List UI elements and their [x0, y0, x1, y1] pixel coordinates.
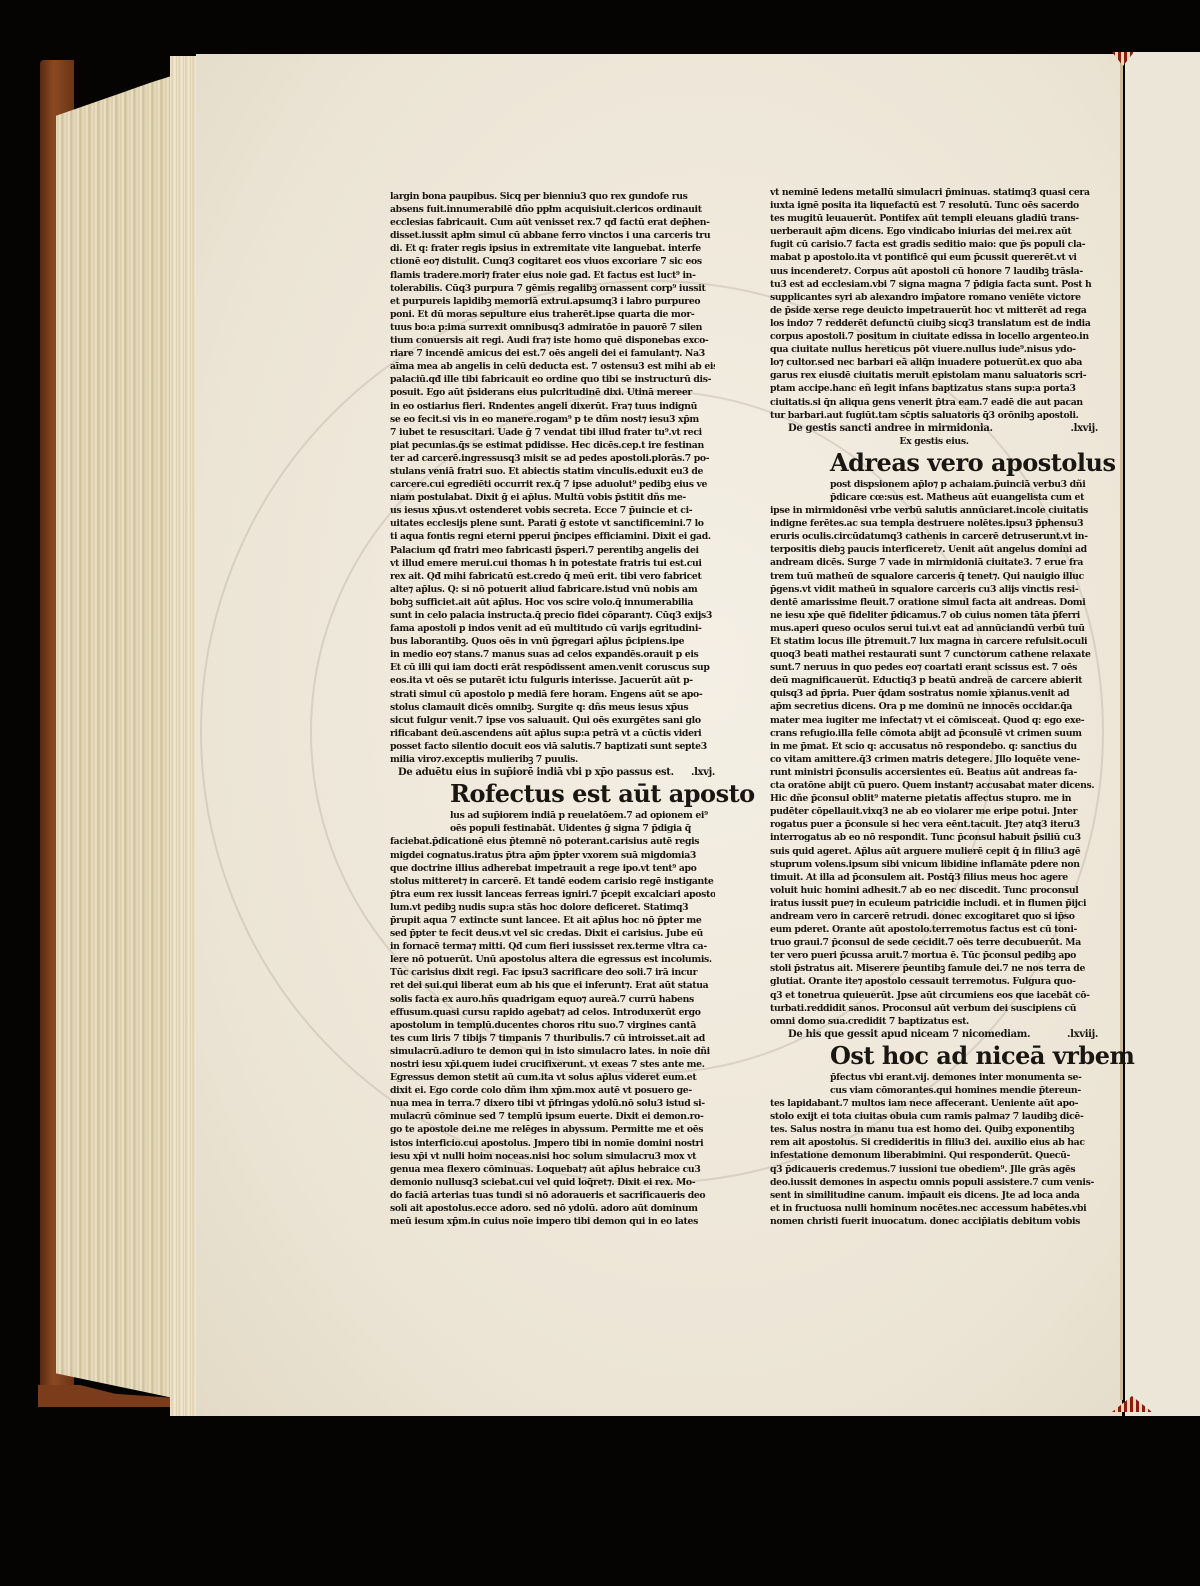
text-line: co vitam amittere.q̄3 crimen matris dete… — [770, 753, 1098, 766]
text-line: cus viam cōmorantes.qui homines mendie p… — [770, 1084, 1098, 1097]
text-block: post dispsionem ap̄lo⁊ p achaiam.p̄uinci… — [770, 478, 1098, 1028]
right-page-edge — [1125, 52, 1200, 1416]
gutter — [1120, 60, 1123, 1400]
text-line: de p̄side xerse rege deuicto impetrauerū… — [770, 304, 1098, 317]
text-line: stuprum volens.ipsum sibi vnicum libidin… — [770, 858, 1098, 871]
text-line: deū magnificauerūt. Eductiq3 p beatū and… — [770, 674, 1098, 687]
text-line: et purpureis lapidibꝫ memoriā extrui.aps… — [390, 295, 715, 308]
text-line: di. Et q: frater regis ipsius in extremi… — [390, 242, 715, 255]
text-line: strati simul cū apostolo p mediā fere ho… — [390, 688, 715, 701]
text-line: in fornacē terma⁊ mitti. Qđ cum fieri iu… — [390, 940, 715, 953]
text-line: p̄gens.vt vidit matheū in squalore carce… — [770, 583, 1098, 596]
text-line: tuus bo:a p:ima surrexit omnibusq3 admir… — [390, 321, 715, 334]
text-line: dixit ei. Ego corde colo dñm ihm xp̄m.mo… — [390, 1084, 715, 1097]
text-line: trem tuū matheū de squalore carceris q̄ … — [770, 570, 1098, 583]
text-line: simulacrū.adiuro te demon qui in isto si… — [390, 1045, 715, 1058]
text-line: demonio nullusq3 sciebat.cui vel quid lo… — [390, 1176, 715, 1189]
text-line: uitates ecclesijs plene sunt. Parati ḡ e… — [390, 517, 715, 530]
text-line: glutiat. Orante ite⁊ apostolo cessauit t… — [770, 975, 1098, 988]
text-line: poni. Et dū moras sepulture eius traherē… — [390, 308, 715, 321]
text-line: Et statim locus ille p̄tremuit.7 lux mag… — [770, 635, 1098, 648]
text-line: interrogatus ab eo nō respondit. Tunc p̄… — [770, 831, 1098, 844]
text-line: q3 p̄dicaueris credemus.7 iussioni tue o… — [770, 1163, 1098, 1176]
text-line: posset facto silentio docuit eos viā sal… — [390, 740, 715, 753]
text-line: mus.aperi queso oculos serui tui.vt eat … — [770, 622, 1098, 635]
text-line: genua mea flexero cōminuas. Loquebat⁊ aū… — [390, 1163, 715, 1176]
text-line: p̄dicare cœ:sus est. Matheus aūt euangel… — [770, 491, 1098, 504]
text-line: ecclesias fabricauit. Cum aūt venisset r… — [390, 216, 715, 229]
text-line: runt ministri p̄consulis accersientes eū… — [770, 766, 1098, 779]
text-line: fama apostoli p indos venit ad eū multit… — [390, 622, 715, 635]
chapter-rubric: De aduētu eius in sup̄iorē indiā vbi p x… — [390, 766, 715, 779]
text-line: Et cū illi qui iam docti erāt respōdisse… — [390, 661, 715, 674]
text-line: ptam accipe.hanc eñ legit infans baptiza… — [770, 382, 1098, 395]
text-line: et in fructuosa nulli hominum nocētes.ne… — [770, 1202, 1098, 1215]
text-line: indigne ferētes.ac sua templa destruere … — [770, 517, 1098, 530]
sub-rubric: Ex gestis eius. — [770, 435, 1098, 448]
text-line: tes. Salus nostra in manu tua est homo d… — [770, 1123, 1098, 1136]
text-line: timuit. At illa ad p̄consulem ait. Postq… — [770, 871, 1098, 884]
text-line: stolus clamauit dicēs omnibꝫ. Surgite q:… — [390, 701, 715, 714]
text-line: garus rex eiusdē ciuitatis meruit episto… — [770, 369, 1098, 382]
text-line: nomen christi fuerit inuocatum. donec ac… — [770, 1215, 1098, 1228]
text-line: effusum.quasi cursu rapido agebat⁊ ad ce… — [390, 1006, 715, 1019]
text-line: turbati.reddidit sanos. Proconsul aūt ve… — [770, 1002, 1098, 1015]
text-line: riare 7 incendē amicus dei est.7 oēs ang… — [390, 347, 715, 360]
rubric-title: De gestis sancti andree in mirmidonia. — [770, 422, 993, 435]
text-line: pudēter cōpellauit.vixq3 ne ab eo violar… — [770, 805, 1098, 818]
text-line: lo⁊ cultor.sed nec barbari eā aliq̄n inu… — [770, 356, 1098, 369]
text-line: mulacrū cōminue sed 7 templū ipsum euert… — [390, 1110, 715, 1123]
text-line: oēs populi festinabāt. Uidentes ḡ signa … — [390, 822, 715, 835]
text-line: post dispsionem ap̄lo⁊ p achaiam.p̄uinci… — [770, 478, 1098, 491]
rubric-title: De aduētu eius in sup̄iorē indiā vbi p x… — [390, 766, 674, 779]
text-line: solis facta ex auro.hñs quadrigam equo⁊ … — [390, 993, 715, 1006]
text-line: dentē amarissime fleuit.7 oratione simul… — [770, 596, 1098, 609]
text-line: mabat p apostolo.ita vt pontificē qui eu… — [770, 251, 1098, 264]
text-line: infestatione demonum liberabimini. Qui r… — [770, 1149, 1098, 1162]
text-line: piat pecunias.q̄s se estimat pdidisse. H… — [390, 439, 715, 452]
text-line: sicut fulgur venit.7 ipse vos saluauit. … — [390, 714, 715, 727]
text-line: stoli p̄stratus ait. Miserere p̄euntibꝫ … — [770, 962, 1098, 975]
text-block: vt neminē ledens metallū simulacri p̄min… — [770, 186, 1098, 422]
text-line: palaciū.qđ ille tibi fabricauit eo ordin… — [390, 373, 715, 386]
text-line: sed p̄pter te fecit deus.vt vel sic cred… — [390, 927, 715, 940]
text-line: migdei cognatus.iratus p̄tra ap̄m p̄pter… — [390, 849, 715, 862]
text-line: crans refugio.illa felle cōmota abijt ad… — [770, 727, 1098, 740]
text-line: soli ait apostolus.ecce adoro. sed nō yd… — [390, 1202, 715, 1215]
text-line: do faciā arterias tuas tundi si nō adora… — [390, 1189, 715, 1202]
text-line: ti aqua fontis regni eterni pperui p̄nci… — [390, 530, 715, 543]
text-line: sent in similitudine canum. imp̄auit eis… — [770, 1189, 1098, 1202]
text-line: lus ad sup̄iorem indiā p reuelatōem.7 ad… — [390, 809, 715, 822]
text-line: tium conuersis ait regi. Audi fra⁊ iste … — [390, 334, 715, 347]
text-line: lere nō potuerūt. Unū apostolus altera d… — [390, 953, 715, 966]
text-line: stolo exijt ei tota ciuitas obuia cum ra… — [770, 1110, 1098, 1123]
text-line: tolerabilis. Cūq3 purpura 7 gēmis regali… — [390, 282, 715, 295]
chapter-heading: Rofectus est aūt aposto — [390, 779, 715, 809]
text-line: iratus iussit pue⁊ in eculeum patricidie… — [770, 897, 1098, 910]
text-line: us iesus xp̄us.vt ostenderet vobis secre… — [390, 504, 715, 517]
text-line: p̄fectus vbi erant.vij. demones inter mo… — [770, 1071, 1098, 1084]
text-line: ne iesu xp̄e quē fideliter p̄dicamus.7 o… — [770, 609, 1098, 622]
text-line: tes mugitū leuauerūt. Pontifex aūt templ… — [770, 212, 1098, 225]
text-line: quisq3 ad p̄pria. Puer q̄dam sostratus n… — [770, 687, 1098, 700]
text-line: p̄rupit aqua 7 extincte sunt lancee. Et … — [390, 914, 715, 927]
text-line: alte⁊ ap̄lus. Q: si nō potuerit aliud fa… — [390, 583, 715, 596]
text-line: bobꝫ sufficiet.ait aūt ap̄lus. Hoc vos s… — [390, 596, 715, 609]
right-text-column: vt neminē ledens metallū simulacri p̄min… — [770, 186, 1098, 1228]
text-line: p̄tra eum rex iussit lanceas ferreas ign… — [390, 888, 715, 901]
text-line: meū iesum xp̄m.in cuius noīe impero tibi… — [390, 1215, 715, 1228]
text-line: uerberauit ap̄m dicens. Ego vindicabo in… — [770, 225, 1098, 238]
text-block: lus ad sup̄iorem indiā p reuelatōem.7 ad… — [390, 809, 715, 1228]
text-line: voluit huic homini adhesit.7 ab eo nec d… — [770, 884, 1098, 897]
text-block: p̄fectus vbi erant.vij. demones inter mo… — [770, 1071, 1098, 1228]
text-line: faciebat.p̄dicationē eius p̄temnē nō pot… — [390, 835, 715, 848]
text-line: flamis tradere.mori⁊ frater eius noie ga… — [390, 269, 715, 282]
left-text-column: largin bona paupibus. Sicq per bienniu3 … — [390, 190, 715, 1228]
text-line: niam postulabat. Dixit ḡ ei ap̄lus. Mult… — [390, 491, 715, 504]
text-line: bus laborantibꝫ. Quos oēs in vnū p̄grega… — [390, 635, 715, 648]
text-line: se eo fecit.si vis in eo manere.rogam⁹ p… — [390, 413, 715, 426]
text-line: rificabant deū.ascendens aūt ap̄lus sup:… — [390, 727, 715, 740]
chapter-number: .lxvij. — [1070, 422, 1098, 435]
text-line: eum pderet. Orante aūt apostolo.terremot… — [770, 923, 1098, 936]
text-line: vt illud emere merui.cui thomas h in pot… — [390, 557, 715, 570]
text-line: in medio eo⁊ stans.7 manus suas ad celos… — [390, 648, 715, 661]
text-line: apostolum in templū.ducentes choros ritu… — [390, 1019, 715, 1032]
text-line: tes lapidabant.7 multos iam nece affecer… — [770, 1097, 1098, 1110]
text-line: largin bona paupibus. Sicq per bienniu3 … — [390, 190, 715, 203]
text-line: ap̄m secretius dicens. Ora p me dominū n… — [770, 700, 1098, 713]
chapter-heading: Adreas vero apostolus — [770, 448, 1098, 478]
text-line: que doctrine illius adherebat impetrauit… — [390, 862, 715, 875]
text-line: Hic dñe p̄consul oblit⁹ materne pietatis… — [770, 792, 1098, 805]
text-line: rex ait. Qđ mihi fabricatū est.credo q̄ … — [390, 570, 715, 583]
text-line: ter ad carcerē.ingressusq3 misit se ad p… — [390, 452, 715, 465]
text-line: milia viro⁊.exceptis mulieribꝫ 7 puulis. — [390, 753, 715, 766]
text-line: mater mea iugiter me infectat⁊ vt ei cōm… — [770, 714, 1098, 727]
text-line: Tūc carisius dixit regi. Fac ipsu3 sacri… — [390, 966, 715, 979]
text-line: sunt in celo palacia instructa.q̄ precio… — [390, 609, 715, 622]
chapter-rubric: De gestis sancti andree in mirmidonia. .… — [770, 422, 1098, 435]
text-line: fugit cū carisio.7 facta est gradis sedi… — [770, 238, 1098, 251]
text-line: qua ciuitate nullus hereticus pōt viuere… — [770, 343, 1098, 356]
text-line: tur barbari.aut fugiūt.tam sc̄ptis salua… — [770, 409, 1098, 422]
chapter-heading: Ost hoc ad niceā vrbem — [770, 1041, 1098, 1071]
text-line: cta oratōne abijt cū puero. Quem instant… — [770, 779, 1098, 792]
text-line: supplicantes syri ab alexandro imp̄atore… — [770, 291, 1098, 304]
text-line: eruris oculis.circūdatumq3 cathenis in c… — [770, 530, 1098, 543]
text-line: truo graui.7 p̄consul de sede cecidit.7 … — [770, 936, 1098, 949]
text-line: ret dei sui.qui liberat eum ab his que e… — [390, 979, 715, 992]
text-line: go te apostole dei.ne me relēges in abys… — [390, 1123, 715, 1136]
text-line: eos.ita vt oēs se putarēt ictu fulguris … — [390, 674, 715, 687]
text-line: Palacium qđ fratri meo fabricasti p̄sper… — [390, 544, 715, 557]
text-line: ciuitatis.si q̄n aliqua gens venerit p̄t… — [770, 396, 1098, 409]
text-line: suis quid ageret. Ap̄lus aūt arguere mul… — [770, 845, 1098, 858]
text-line: in me p̄mat. Et scio q: accusatus nō res… — [770, 740, 1098, 753]
text-line: 7 iubet te resuscitari. Uade ḡ 7 vendat … — [390, 426, 715, 439]
text-line: in eo ostiarius fieri. Rndentes angeli d… — [390, 400, 715, 413]
rubric-title: De his que gessit apud niceam 7 nicomedi… — [770, 1028, 1030, 1041]
text-line: istos interficio.cui apostolus. Jmpero t… — [390, 1137, 715, 1150]
text-line: rem ait apostolus. Si credideritis in fi… — [770, 1136, 1098, 1149]
text-line: stolus mitteret⁊ in carcerē. Et tandē eo… — [390, 875, 715, 888]
text-line: quoq3 beati mathei restaurati sunt 7 cun… — [770, 648, 1098, 661]
text-line: lum.vt pedibꝫ nudis sup:a stās hoc dolor… — [390, 901, 715, 914]
text-line: posuit. Ego aūt p̄siderans eius pulcritu… — [390, 386, 715, 399]
text-line: ctionē eo⁊ distulit. Cunq3 cogitaret eos… — [390, 255, 715, 268]
text-line: stulans veniā fratri suo. Et abiectis st… — [390, 465, 715, 478]
text-line: carcere.cui egrediēti occurrit rex.q̄ 7 … — [390, 478, 715, 491]
text-line: iuxta ignē posita ita liquefactū est 7 r… — [770, 199, 1098, 212]
text-block: largin bona paupibus. Sicq per bienniu3 … — [390, 190, 715, 766]
text-line: tu3 est ad ecclesiam.vbi 7 signa magna 7… — [770, 278, 1098, 291]
text-line: vt neminē ledens metallū simulacri p̄min… — [770, 186, 1098, 199]
text-line: aīma mea ab angelis in celū deducta est.… — [390, 360, 715, 373]
text-line: deo.iussit demones in aspectu omnis popu… — [770, 1176, 1098, 1189]
text-line: andream dicēs. Surge 7 vade in mirmidoni… — [770, 556, 1098, 569]
text-line: ter vero pueri p̄cussa aruit.7 mortua ē.… — [770, 949, 1098, 962]
text-line: q3 et tonetrua quieuerūt. Jpse aūt circu… — [770, 989, 1098, 1002]
text-line: rogatus puer a p̄consule si hec vera eēn… — [770, 818, 1098, 831]
text-line: nua mea in terra.7 dixero tibi vt p̄frin… — [390, 1097, 715, 1110]
text-line: Egressus demon stetit aū cum.ita vt solu… — [390, 1071, 715, 1084]
text-line: absens fuit.innumerabilē dño ppłm acquis… — [390, 203, 715, 216]
text-line: corpus apostoli.7 positum in ciuitate ed… — [770, 330, 1098, 343]
text-line: terpositis diebꝫ paucis interficeret⁊. U… — [770, 543, 1098, 556]
text-line: los indo⁊ 7 redderēt defunctū ciuibꝫ sic… — [770, 317, 1098, 330]
chapter-number: .lxviij. — [1067, 1028, 1098, 1041]
chapter-number: .lxvj. — [691, 766, 715, 779]
text-line: iesu xp̄i vt nulli hoim noceas.nisi hoc … — [390, 1150, 715, 1163]
text-line: sunt.7 neruus in quo pedes eo⁊ coartati … — [770, 661, 1098, 674]
text-line: disset.iussit apłm simul cū abbane ferro… — [390, 229, 715, 242]
text-line: ipse in mirmidonēsi vrbe verbū salutis a… — [770, 504, 1098, 517]
text-line: andream vero in carcerē retrudi. donec e… — [770, 910, 1098, 923]
text-line: uus incenderet⁊. Corpus aūt apostoli cū … — [770, 265, 1098, 278]
text-line: nostri iesu xp̄i.quem iudei crucifixerun… — [390, 1058, 715, 1071]
chapter-rubric: De his que gessit apud niceam 7 nicomedi… — [770, 1028, 1098, 1041]
text-line: omni domo sua.credidit 7 baptizatus est. — [770, 1015, 1098, 1028]
text-line: tes cum liris 7 tibijs 7 timpanis 7 thur… — [390, 1032, 715, 1045]
